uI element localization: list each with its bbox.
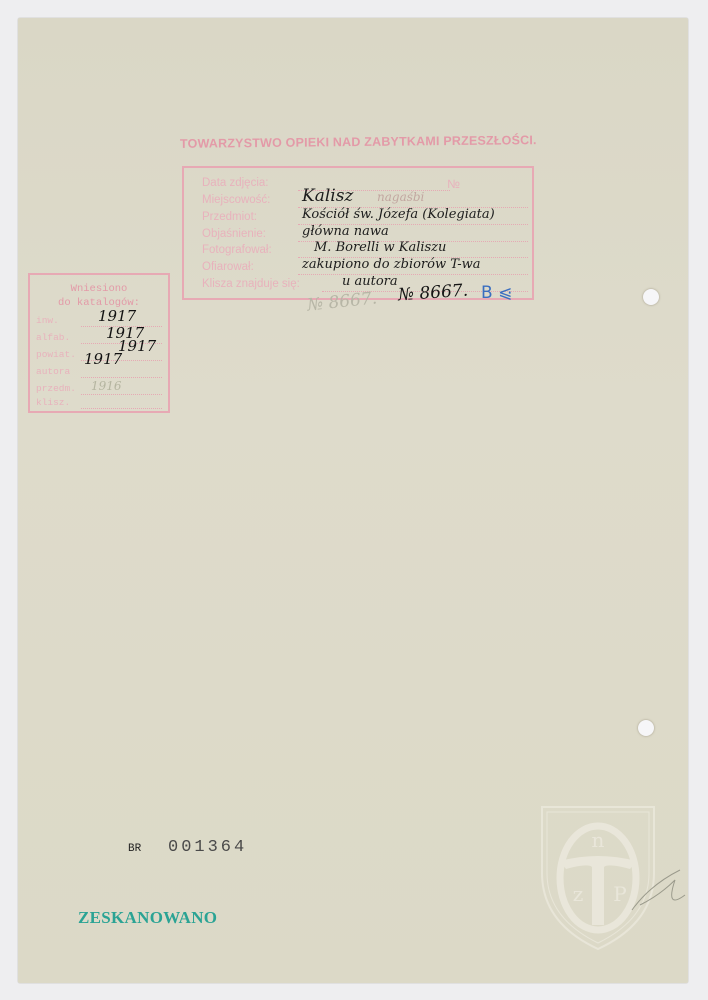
stamp-label: Miejscowość: <box>202 194 270 206</box>
stamp-label: Fotografował: <box>202 244 272 256</box>
catalog-value: 1917 <box>118 337 156 355</box>
catalog-row-autora: autora 1917 <box>36 366 162 380</box>
catalog-label: powiat. <box>36 349 76 360</box>
photographer-value: M. Borelli w Kaliszu <box>314 240 446 255</box>
catalog-row-przedm: przedm. 1916 <box>36 383 162 397</box>
scanned-stamp: ZESKANOWANO <box>78 908 217 928</box>
br-number: 001364 <box>168 838 247 857</box>
svg-text:P: P <box>613 882 626 906</box>
stamp-row-date: Data zdjęcia: № <box>202 177 528 193</box>
blue-pencil-mark: B ⩿ <box>481 283 512 303</box>
place-note: nagaśbi <box>377 190 424 204</box>
svg-text:z: z <box>573 882 584 906</box>
catalog-label: autora <box>36 366 70 377</box>
svg-text:n: n <box>592 828 605 852</box>
catalog-label: przedm. <box>36 383 76 394</box>
negative-location-value: u autora <box>342 274 398 289</box>
catalog-value: 1916 <box>91 379 122 393</box>
stamp-label: Klisza znajduje się: <box>202 278 300 290</box>
dotted-line <box>81 408 162 409</box>
number-label: № <box>447 177 460 191</box>
catalog-label: alfab. <box>36 332 70 343</box>
catalog-label: klisz. <box>36 397 70 408</box>
catalog-value: 1917 <box>98 307 136 325</box>
stamp-label: Data zdjęcia: <box>202 177 268 189</box>
stamp-label: Objaśnienie: <box>202 228 266 240</box>
subject-value: Kościół św. Józefa (Kolegiata) <box>302 207 495 222</box>
place-value: Kalisz <box>302 186 353 206</box>
photo-info-stamp: Data zdjęcia: № Miejscowość: Kalisz naga… <box>182 166 534 300</box>
dotted-line <box>81 394 162 395</box>
catalog-row-klisz: klisz. <box>36 397 162 411</box>
br-prefix: BR <box>128 843 141 855</box>
punch-hole <box>643 289 659 305</box>
pencil-signature <box>630 865 690 915</box>
dotted-line <box>298 274 528 275</box>
punch-hole <box>638 720 654 736</box>
stamp-label: Przedmiot: <box>202 211 257 223</box>
stamp-label: Ofiarował: <box>202 261 254 273</box>
catalog-label: inw. <box>36 315 59 326</box>
description-value: główna nawa <box>302 224 389 239</box>
dotted-line <box>81 377 162 378</box>
catalog-value: 1917 <box>84 350 122 368</box>
catalog-stamp: Wniesiono do katalogów: inw. 1917 alfab.… <box>28 273 170 413</box>
donor-value: zakupiono do zbiorów T-wa <box>302 257 481 272</box>
catalog-title-1: Wniesiono <box>30 283 168 295</box>
